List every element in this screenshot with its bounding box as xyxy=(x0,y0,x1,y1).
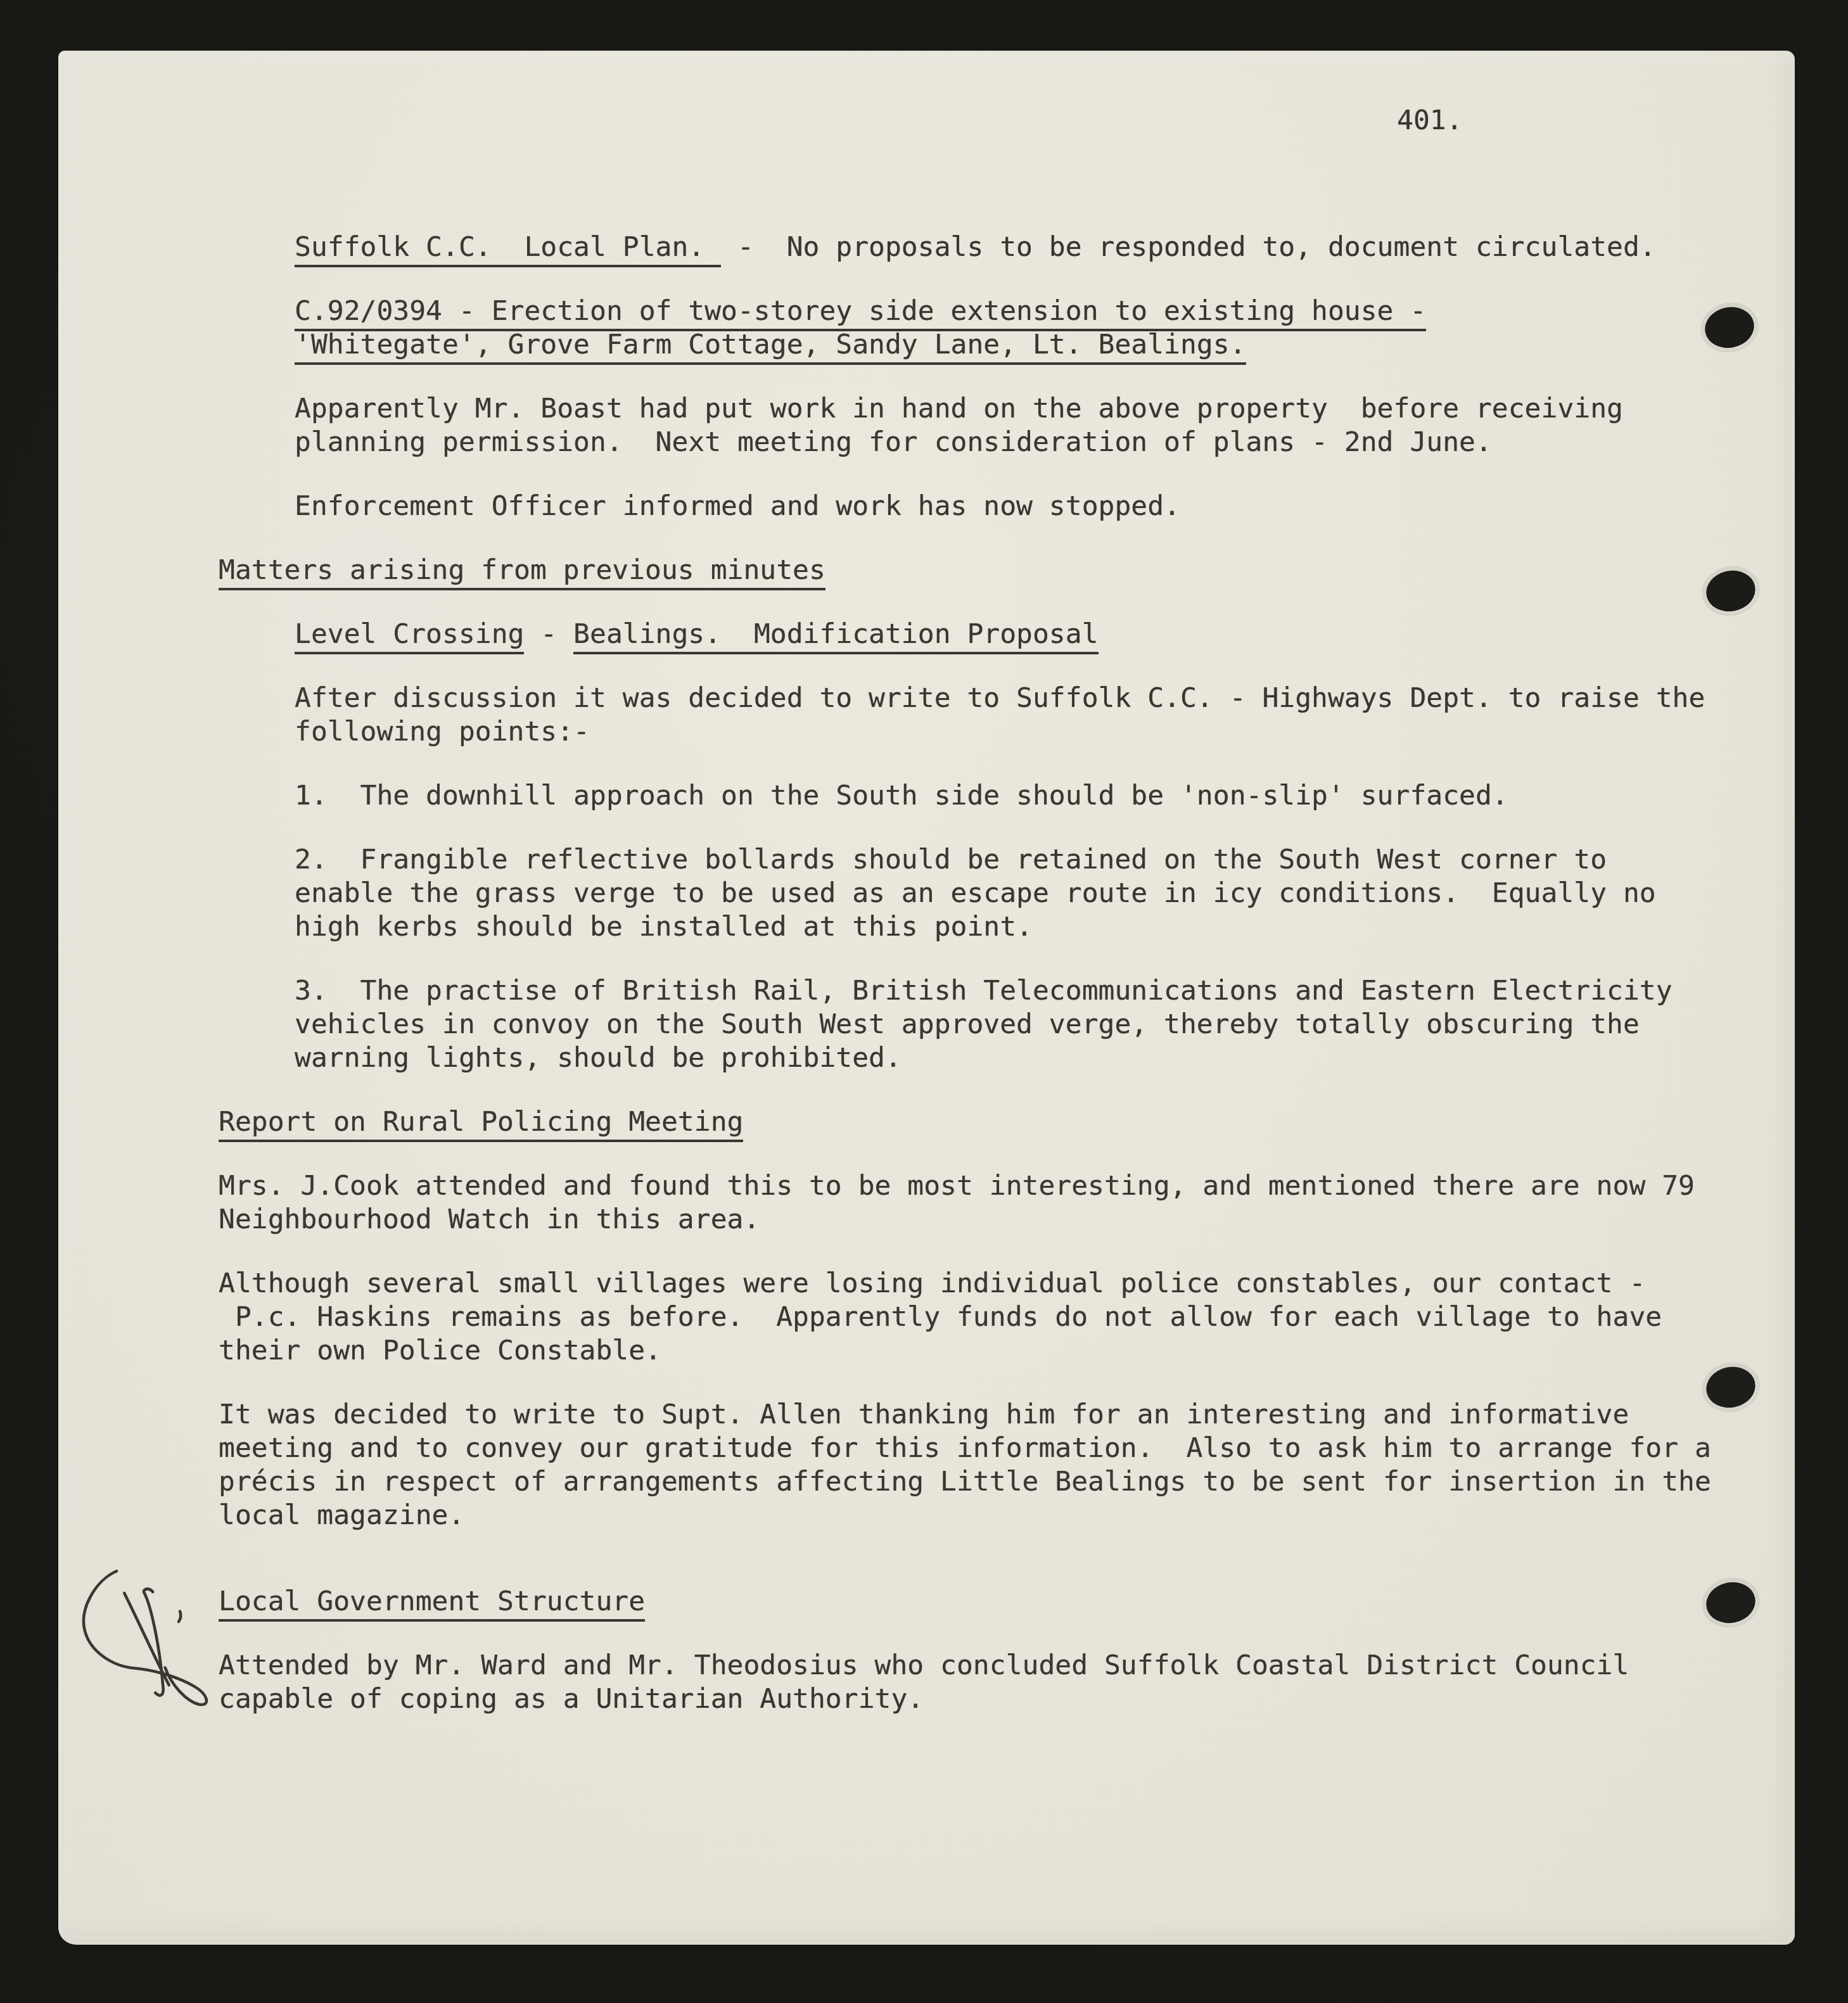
section-heading-local-government: Local Government Structure xyxy=(219,1585,1757,1618)
level-crossing-heading-part2: Bealings. Modification Proposal xyxy=(573,618,1098,654)
paragraph-letter-supt-allen: It was decided to write to Supt. Allen t… xyxy=(219,1398,1757,1532)
local-plan-line: Suffolk C.C. Local Plan. - No proposals … xyxy=(295,231,1757,264)
planning-application-heading-line2: 'Whitegate', Grove Farm Cottage, Sandy L… xyxy=(295,329,1246,365)
level-crossing-heading: Level Crossing - Bealings. Modification … xyxy=(295,618,1757,651)
list-item-point-2: 2. Frangible reflective bollards should … xyxy=(295,843,1757,944)
page-content: Suffolk C.C. Local Plan. - No proposals … xyxy=(58,51,1795,1746)
list-item-point-1: 1. The downhill approach on the South si… xyxy=(295,779,1757,813)
local-plan-heading: Suffolk C.C. Local Plan. xyxy=(295,231,721,267)
paragraph-level-crossing-intro: After discussion it was decided to write… xyxy=(295,682,1757,749)
paragraph-villages: Although several small villages were los… xyxy=(219,1267,1757,1368)
planning-application-heading-line1: C.92/0394 - Erection of two-storey side … xyxy=(295,295,1426,331)
planning-application-heading: C.92/0394 - Erection of two-storey side … xyxy=(295,295,1757,362)
paragraph-cook: Mrs. J.Cook attended and found this to b… xyxy=(219,1169,1757,1237)
list-item-point-3: 3. The practise of British Rail, British… xyxy=(295,974,1757,1075)
paragraph-boast: Apparently Mr. Boast had put work in han… xyxy=(295,392,1757,459)
document-page: 401. Suffolk C.C. Local Plan. - No propo… xyxy=(58,51,1795,1945)
local-plan-text: - No proposals to be responded to, docum… xyxy=(721,231,1656,263)
section-heading-rural-policing: Report on Rural Policing Meeting xyxy=(219,1105,1757,1139)
handwritten-initial-mark xyxy=(75,1563,220,1712)
paragraph-enforcement: Enforcement Officer informed and work ha… xyxy=(295,490,1757,523)
level-crossing-heading-part1: Level Crossing xyxy=(295,618,524,654)
level-crossing-heading-separator: - xyxy=(524,618,573,650)
paragraph-attended: Attended by Mr. Ward and Mr. Theodosius … xyxy=(219,1649,1757,1716)
scanned-document: 401. Suffolk C.C. Local Plan. - No propo… xyxy=(0,0,1848,2003)
section-heading-matters-arising: Matters arising from previous minutes xyxy=(219,554,1757,587)
